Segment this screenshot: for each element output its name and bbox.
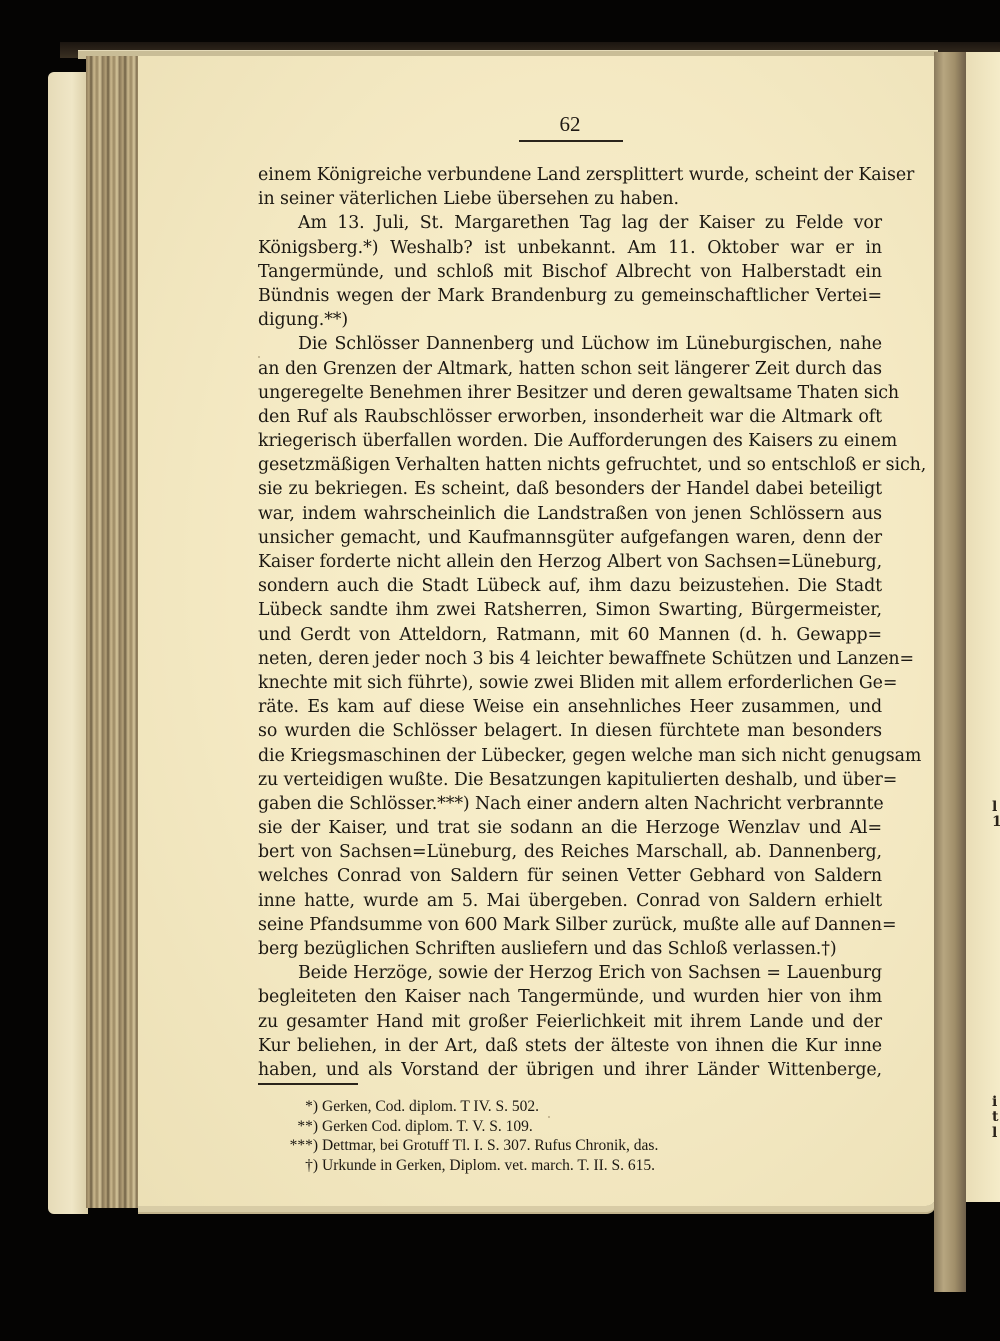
body-text: einem Königreiche verbundene Land zerspl…: [258, 163, 882, 1082]
text-line: bert von Sachsen=Lüneburg, des Reiches M…: [258, 840, 882, 864]
footnote-text: Dettmar, bei Grotuff Tl. I. S. 307. Rufu…: [322, 1137, 658, 1154]
text-line: welches Conrad von Saldern für seinen Ve…: [258, 864, 882, 888]
text-line: Am 13. Juli, St. Margarethen Tag lag der…: [258, 211, 882, 235]
text-line: Kaiser forderte nicht allein den Herzog …: [258, 550, 882, 574]
text-line: so wurden die Schlösser belagert. In die…: [258, 719, 882, 743]
text-line: kriegerisch überfallen worden. Die Auffo…: [258, 429, 882, 453]
text-line: haben, und als Vorstand der übrigen und …: [258, 1058, 882, 1082]
text-line: Beide Herzöge, sowie der Herzog Erich vo…: [258, 961, 882, 985]
footnote-rule: [258, 1083, 358, 1085]
text-line: zu gesamter Hand mit großer Feierlichkei…: [258, 1010, 882, 1034]
footnote: ***)Dettmar, bei Grotuff Tl. I. S. 307. …: [258, 1136, 818, 1156]
text-line: Lübeck sandte ihm zwei Ratsherren, Simon…: [258, 598, 882, 622]
text-line: zu verteidigen wußte. Die Besatzungen ka…: [258, 768, 882, 792]
footnote-mark: †): [258, 1156, 322, 1176]
book-cover-left-edge: [48, 72, 88, 1214]
facing-page-edge: [966, 52, 1000, 1202]
text-line: den Ruf als Raubschlösser erworben, inso…: [258, 405, 882, 429]
footnote-mark: **): [258, 1117, 322, 1137]
page-stack-edges: [86, 56, 138, 1208]
text-line: sondern auch die Stadt Lübeck auf, ihm d…: [258, 574, 882, 598]
footnote-mark: *): [258, 1097, 322, 1117]
text-line: Tangermünde, und schloß mit Bischof Albr…: [258, 260, 882, 284]
page-number: 62: [520, 112, 620, 137]
text-line: sie der Kaiser, und trat sie sodann an d…: [258, 816, 882, 840]
text-line: einem Königreiche verbundene Land zerspl…: [258, 163, 882, 187]
text-line: inne hatte, wurde am 5. Mai übergeben. C…: [258, 889, 882, 913]
text-line: gaben die Schlösser.***) Nach einer ande…: [258, 792, 882, 816]
footnote: *)Gerken, Cod. diplom. T IV. S. 502.: [258, 1097, 818, 1117]
book-gutter: [934, 52, 966, 1292]
text-line: Königsberg.*) Weshalb? ist unbekannt. Am…: [258, 236, 882, 260]
page-number-rule: [519, 140, 623, 142]
book-photo: l1 itl 62 einem Königreiche verbundene L…: [0, 0, 1000, 1341]
text-line: knechte mit sich führte), sowie zwei Bli…: [258, 671, 882, 695]
text-line: seine Pfandsumme von 600 Mark Silber zur…: [258, 913, 882, 937]
text-line: die Kriegsmaschinen der Lübecker, gegen …: [258, 744, 882, 768]
text-line: Bündnis wegen der Mark Brandenburg zu ge…: [258, 284, 882, 308]
footnote-mark: ***): [258, 1136, 322, 1156]
text-line: gesetzmäßigen Verhalten hatten nichts ge…: [258, 453, 882, 477]
text-line: in seiner väterlichen Liebe übersehen zu…: [258, 187, 882, 211]
footnote: **)Gerken Cod. diplom. T. V. S. 109.: [258, 1117, 818, 1137]
footnote-text: Gerken, Cod. diplom. T IV. S. 502.: [322, 1098, 539, 1115]
footnote-text: Gerken Cod. diplom. T. V. S. 109.: [322, 1118, 533, 1135]
footnote-text: Urkunde in Gerken, Diplom. vet. march. T…: [322, 1157, 655, 1174]
text-line: Kur beliehen, in der Art, daß stets der …: [258, 1034, 882, 1058]
text-line: an den Grenzen der Altmark, hatten schon…: [258, 357, 882, 381]
facing-page-text-fragment: l1: [992, 800, 1000, 831]
text-line: sie zu bekriegen. Es scheint, daß besond…: [258, 477, 882, 501]
text-line: begleiteten den Kaiser nach Tangermünde,…: [258, 985, 882, 1009]
text-line: war, indem wahrscheinlich die Landstraße…: [258, 502, 882, 526]
text-line: unsicher gemacht, und Kaufmannsgüter auf…: [258, 526, 882, 550]
text-line: digung.**): [258, 308, 882, 332]
text-line: und Gerdt von Atteldorn, Ratmann, mit 60…: [258, 623, 882, 647]
text-line: neten, deren jeder noch 3 bis 4 leichter…: [258, 647, 882, 671]
text-line: Die Schlösser Dannenberg und Lüchow im L…: [258, 332, 882, 356]
text-line: berg bezüglichen Schriften ausliefern un…: [258, 937, 882, 961]
text-line: ungeregelte Benehmen ihrer Besitzer und …: [258, 381, 882, 405]
text-line: räte. Es kam auf diese Weise ein ansehnl…: [258, 695, 882, 719]
footnote: †)Urkunde in Gerken, Diplom. vet. march.…: [258, 1156, 818, 1176]
footnotes: *)Gerken, Cod. diplom. T IV. S. 502.**)G…: [258, 1097, 818, 1175]
facing-page-text-fragment: itl: [992, 1095, 998, 1141]
